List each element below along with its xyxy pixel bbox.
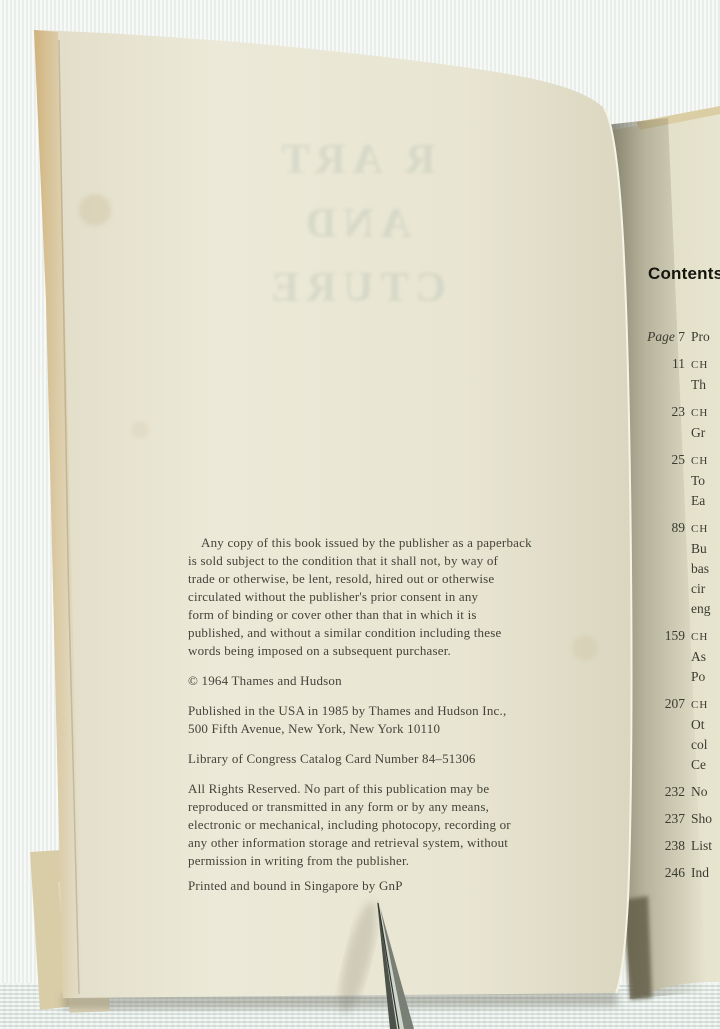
toc-entry: 23CHGr <box>645 402 720 443</box>
toc-page-number: 237 <box>645 809 685 829</box>
toc-page-word: Page <box>647 329 678 344</box>
copyright-text-block: Any copy of this book issued by the publ… <box>188 534 544 895</box>
toc-text-fragment: col <box>691 735 708 755</box>
toc-entry-label: CHOtcolCe <box>691 694 708 775</box>
toc-chapter-word-fragment: CH <box>691 518 711 539</box>
toc-chapter-word-fragment: CH <box>691 694 708 715</box>
toc-text-fragment: Ind <box>691 863 709 883</box>
toc-entry-label: No <box>691 782 708 802</box>
toc-text-fragment: As <box>691 647 708 667</box>
toc-text-fragment: Sho <box>691 809 712 829</box>
contents-entries: Page 7Pro11CHTh23CHGr25CHToEa89CHBubasci… <box>645 327 720 883</box>
toc-entry-label: Sho <box>691 809 712 829</box>
toc-entry: 246Ind <box>645 863 720 883</box>
copyright-line: © 1964 Thames and Hudson <box>188 672 544 690</box>
all-rights-reserved-paragraph: All Rights Reserved. No part of this pub… <box>188 780 544 870</box>
toc-text-fragment: To <box>691 471 708 491</box>
foxing-spot <box>79 194 111 226</box>
toc-entry-label: Pro <box>691 327 710 347</box>
toc-page-number: Page 7 <box>645 327 685 347</box>
contents-heading: Contents <box>648 264 720 284</box>
toc-text-fragment: bas <box>691 559 711 579</box>
toc-chapter-word-fragment: CH <box>691 402 708 423</box>
toc-text-fragment: Ot <box>691 715 708 735</box>
toc-text-fragment: List <box>691 836 712 856</box>
toc-page-number: 25 <box>645 450 685 470</box>
toc-page-number: 232 <box>645 782 685 802</box>
toc-text-fragment: No <box>691 782 708 802</box>
toc-entry-label: CHToEa <box>691 450 708 511</box>
ghost-line: AND <box>205 192 505 256</box>
photo-of-open-book: R ART AND CTURE Any copy of this book is… <box>0 0 720 1029</box>
ghost-line: CTURE <box>205 256 505 320</box>
ghost-line: R ART <box>205 128 505 192</box>
toc-page-number: 89 <box>645 518 685 538</box>
foxing-spot <box>572 635 598 661</box>
toc-text-fragment: Ce <box>691 755 708 775</box>
paperback-condition-paragraph: Any copy of this book issued by the publ… <box>188 534 544 660</box>
toc-entry: 11CHTh <box>645 354 720 395</box>
toc-text-fragment: cir <box>691 579 711 599</box>
toc-entry: 159CHAsPo <box>645 626 720 687</box>
printed-in-line: Printed and bound in Singapore by GnP <box>188 877 544 895</box>
toc-entry: 238List <box>645 836 720 856</box>
toc-page-number: 238 <box>645 836 685 856</box>
toc-entry-label: Ind <box>691 863 709 883</box>
toc-text-fragment: Pro <box>691 327 710 347</box>
toc-page-number: 23 <box>645 402 685 422</box>
contents-column: Contents Page 7Pro11CHTh23CHGr25CHToEa89… <box>645 264 720 890</box>
publisher-address-lines: Published in the USA in 1985 by Thames a… <box>188 702 544 738</box>
toc-entry-label: List <box>691 836 712 856</box>
toc-entry-label: CHGr <box>691 402 708 443</box>
toc-text-fragment: Po <box>691 667 708 687</box>
toc-page-number: 207 <box>645 694 685 714</box>
toc-text-fragment: Gr <box>691 423 708 443</box>
toc-entry: 237Sho <box>645 809 720 829</box>
toc-text-fragment: Bu <box>691 539 711 559</box>
show-through-title-text: R ART AND CTURE <box>205 128 505 320</box>
toc-page-number: 159 <box>645 626 685 646</box>
toc-chapter-word-fragment: CH <box>691 450 708 471</box>
toc-entry-label: CHBubascireng <box>691 518 711 619</box>
toc-page-number: 246 <box>645 863 685 883</box>
toc-entry: 25CHToEa <box>645 450 720 511</box>
library-of-congress-line: Library of Congress Catalog Card Number … <box>188 750 544 768</box>
foxing-spot <box>131 421 149 439</box>
toc-entry-label: CHAsPo <box>691 626 708 687</box>
toc-entry: 89CHBubascireng <box>645 518 720 619</box>
toc-text-fragment: Ea <box>691 491 708 511</box>
toc-text-fragment: eng <box>691 599 711 619</box>
toc-text-fragment: Th <box>691 375 708 395</box>
toc-entry: 232No <box>645 782 720 802</box>
toc-entry-label: CHTh <box>691 354 708 395</box>
toc-entry: 207CHOtcolCe <box>645 694 720 775</box>
toc-entry: Page 7Pro <box>645 327 720 347</box>
toc-page-number: 11 <box>645 354 685 374</box>
toc-chapter-word-fragment: CH <box>691 354 708 375</box>
toc-chapter-word-fragment: CH <box>691 626 708 647</box>
